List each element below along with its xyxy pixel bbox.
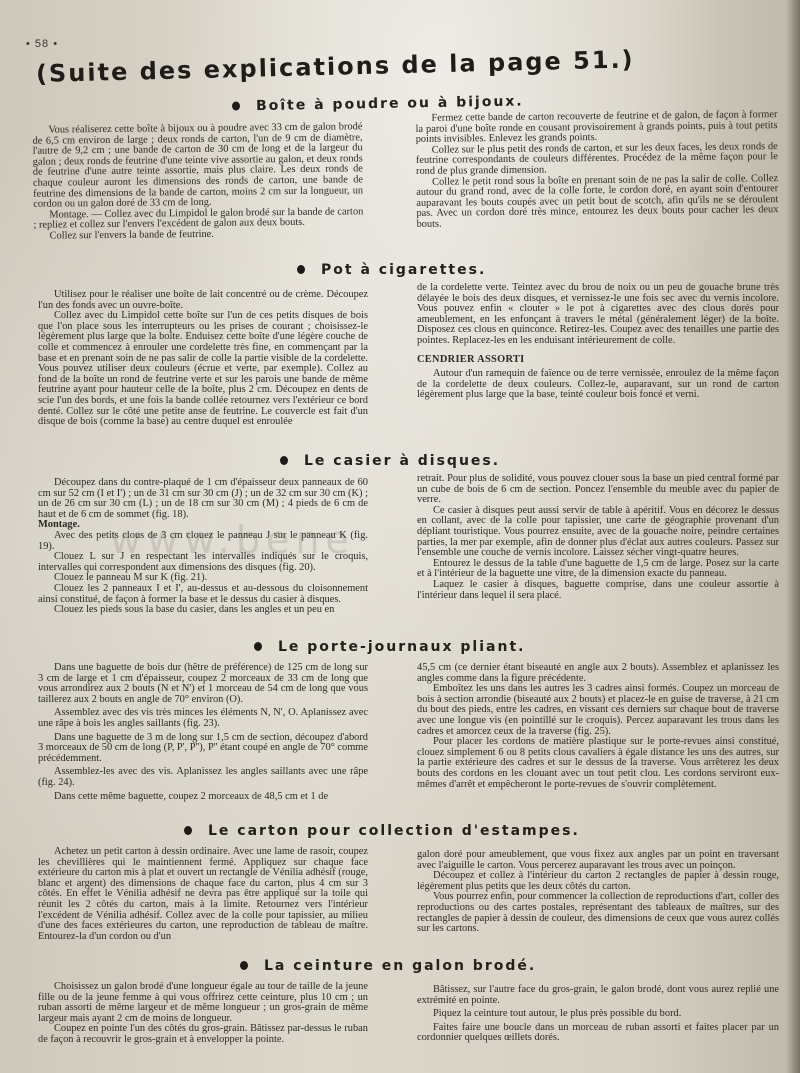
paragraph: galon doré pour ameublement, que vous fi…	[417, 850, 779, 871]
paragraph: Assemblez-les avec des vis. Aplanissez l…	[38, 767, 368, 788]
paragraph: de la cordelette verte. Teintez avec du …	[417, 283, 779, 347]
section-title-casier: Le casier à disques.	[280, 453, 500, 469]
bullet-icon	[240, 961, 248, 970]
section-carton-left-column: Achetez un petit carton à dessin ordinai…	[38, 847, 368, 942]
bullet-icon	[280, 456, 288, 465]
bullet-icon	[232, 101, 240, 110]
section-boite-left-column: Vous réaliserez cette boîte à bijoux ou …	[32, 122, 363, 242]
section-porte-journaux-left-column: Dans une baguette de bois dur (hêtre de …	[38, 663, 368, 802]
bullet-icon	[254, 642, 262, 651]
section-ceinture-left-column: Choisissez un galon brodé d'une longueur…	[38, 982, 368, 1046]
paragraph: Choisissez un galon brodé d'une longueur…	[38, 982, 368, 1024]
paragraph: Emboîtez les uns dans les autres les 3 c…	[417, 684, 779, 737]
section-casier-right-column: retrait. Pour plus de solidité, vous pou…	[417, 474, 779, 601]
paragraph: Dans une baguette de 3 m de long sur 1,5…	[38, 733, 368, 765]
paragraph: Collez avec du Limpidol cette boîte sur …	[38, 311, 368, 428]
section-casier-left-column: Découpez dans du contre-plaqué de 1 cm d…	[38, 478, 368, 616]
paragraph: Dans une baguette de bois dur (hêtre de …	[38, 663, 368, 705]
page-binding-shadow	[786, 0, 800, 1073]
paragraph: Piquez la ceinture tout autour, le plus …	[417, 1009, 779, 1020]
paragraph: Entourez le dessus de la table d'une bag…	[417, 559, 779, 580]
paragraph: Découpez et collez à l'intérieur du cart…	[417, 871, 779, 892]
subsection-title: CENDRIER ASSORTI	[417, 355, 779, 366]
paragraph: Fermez cette bande de carton recouverte …	[415, 110, 777, 146]
paragraph: Collez sur le plus petit des ronds de ca…	[416, 142, 778, 178]
section-boite-right-column: Fermez cette bande de carton recouverte …	[415, 110, 778, 230]
paragraph: Bâtissez, sur l'autre face du gros-grain…	[417, 985, 779, 1006]
paragraph: Avec des petits clous de 3 cm clouez le …	[38, 531, 368, 552]
paragraph: Clouez les pieds sous la base du casier,…	[38, 605, 368, 616]
paragraph: Autour d'un ramequin de faïence ou de te…	[417, 369, 779, 401]
paragraph: Collez sur l'envers la bande de feutrine…	[34, 228, 364, 242]
paragraph: 45,5 cm (ce dernier étant biseauté en an…	[417, 663, 779, 684]
paragraph: retrait. Pour plus de solidité, vous pou…	[417, 474, 779, 506]
paragraph: Laquez le casier à disques, baguette com…	[417, 580, 779, 601]
section-title-carton: Le carton pour collection d'estampes.	[184, 823, 580, 839]
section-ceinture-right-column: Bâtissez, sur l'autre face du gros-grain…	[417, 985, 779, 1044]
section-carton-right-column: galon doré pour ameublement, que vous fi…	[417, 850, 779, 935]
section-pot-right-column: de la cordelette verte. Teintez avec du …	[417, 283, 779, 401]
paragraph: Assemblez avec des vis très minces les é…	[38, 708, 368, 729]
section-title-ceinture: La ceinture en galon brodé.	[240, 958, 536, 974]
paragraph: Dans cette même baguette, coupez 2 morce…	[38, 792, 368, 803]
section-title-porte-journaux: Le porte-journaux pliant.	[254, 639, 525, 655]
page-title: (Suite des explications de la page 51.)	[36, 45, 635, 88]
paragraph: Faites faire une boucle dans un morceau …	[417, 1023, 779, 1044]
paragraph: Utilisez pour le réaliser une boîte de l…	[38, 290, 368, 311]
paragraph: Découpez dans du contre-plaqué de 1 cm d…	[38, 478, 368, 520]
paragraph: Ce casier à disques peut aussi servir de…	[417, 506, 779, 559]
section-title-pot: Pot à cigarettes.	[297, 262, 486, 278]
bullet-icon	[297, 265, 305, 274]
paragraph: Collez le petit rond sous la boîte en pr…	[416, 174, 779, 231]
paragraph: Achetez un petit carton à dessin ordinai…	[38, 847, 368, 942]
paragraph: Vous réaliserez cette boîte à bijoux ou …	[32, 122, 363, 210]
paragraph: Vous pourrez enfin, pour commencer la co…	[417, 892, 779, 934]
bullet-icon	[184, 826, 192, 835]
paragraph: Pour placer les cordons de matière plast…	[417, 737, 779, 790]
section-porte-journaux-right-column: 45,5 cm (ce dernier étant biseauté en an…	[417, 663, 779, 790]
paragraph: Clouez les 2 panneaux I et I', au-dessus…	[38, 584, 368, 605]
page-number: • 58 •	[26, 38, 58, 50]
section-pot-left-column: Utilisez pour le réaliser une boîte de l…	[38, 290, 368, 428]
paragraph: Clouez L sur J en respectant les interva…	[38, 552, 368, 573]
magazine-page: www.bene • 58 • (Suite des explications …	[0, 0, 800, 1073]
paragraph: Coupez en pointe l'un des côtés du gros-…	[38, 1024, 368, 1045]
